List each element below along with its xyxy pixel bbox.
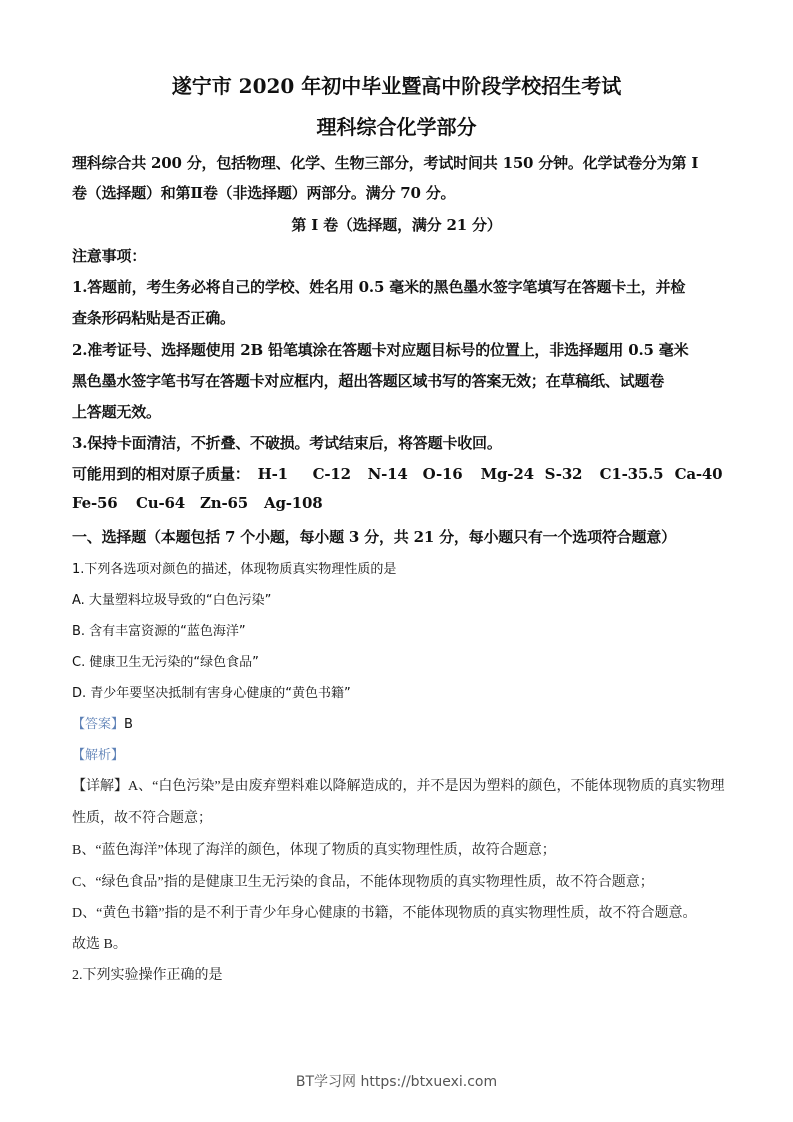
note-2-line-1: 2.准考证号、选择题使用 2B 铅笔填涂在答题卡对应题目标号的位置上，非选择题用… [72, 339, 688, 360]
detail-conclusion: 故选 B。 [72, 933, 127, 953]
atomic-mass: Mg-24 [481, 465, 545, 483]
atomic-mass: Fe-56 [72, 494, 136, 512]
notes-heading: 注意事项： [72, 245, 146, 266]
atomic-masses-row-1: 可能用到的相对原子质量：H-1C-12N-14O-16Mg-24S-32C1-3… [72, 463, 722, 484]
question-1-option-b: B. 含有丰富资源的“蓝色海洋” [72, 620, 246, 639]
question-2-stem: 2.下列实验操作正确的是 [72, 964, 223, 984]
intro-line-1: 理科综合共 200 分，包括物理、化学、生物三部分，考试时间共 150 分钟。化… [72, 152, 698, 173]
atomic-mass: Ag-108 [264, 494, 322, 512]
detail-label: 【详解】 [72, 779, 128, 794]
note-2-line-2: 黑色墨水签字笔书写在答题卡对应框内，超出答题区域书写的答案无效；在草稿纸、试题卷 [72, 370, 664, 391]
detail-line-1: 【详解】A、“白色污染”是由废弃塑料难以降解造成的，并不是因为塑料的颜色，不能体… [72, 775, 725, 795]
atomic-mass: N-14 [368, 465, 423, 483]
answer-value: B [124, 717, 133, 732]
answer-label: 【答案】 [72, 717, 124, 732]
question-1-stem: 1.下列各选项对颜色的描述，体现物质真实物理性质的是 [72, 558, 396, 577]
atomic-masses-label: 可能用到的相对原子质量： [72, 463, 250, 484]
atomic-mass: Cu-64 [136, 494, 200, 512]
atomic-mass: Zn-65 [200, 494, 264, 512]
exam-page: 遂宁市 2020 年初中毕业暨高中阶段学校招生考试 理科综合化学部分 理科综合共… [0, 0, 793, 1122]
atomic-mass: C-12 [313, 465, 368, 483]
atomic-mass: O-16 [423, 465, 481, 483]
section-1-heading: 一、选择题（本题包括 7 个小题，每小题 3 分，共 21 分，每小题只有一个选… [72, 526, 676, 547]
atomic-mass: C1-35.5 [600, 465, 675, 483]
question-1-option-c: C. 健康卫生无污染的“绿色食品” [72, 651, 259, 670]
atomic-mass: Ca-40 [675, 465, 723, 483]
question-1-answer: 【答案】B [72, 713, 133, 732]
detail-text: A、“白色污染”是由废弃塑料难以降解造成的，并不是因为塑料的颜色，不能体现物质的… [128, 779, 725, 794]
note-2-line-3: 上答题无效。 [72, 401, 161, 422]
part1-heading: 第 I 卷（选择题，满分 21 分） [0, 214, 793, 235]
question-1-option-d: D. 青少年要坚决抵制有害身心健康的“黄色书籍” [72, 682, 351, 701]
atomic-mass: S-32 [545, 465, 600, 483]
note-1-line-2: 查条形码粘贴是否正确。 [72, 307, 235, 328]
detail-line-2: 性质，故不符合题意； [72, 807, 212, 827]
detail-option-b: B、“蓝色海洋”体现了海洋的颜色，体现了物质的真实物理性质，故符合题意； [72, 839, 556, 859]
question-1-option-a: A. 大量塑料垃圾导致的“白色污染” [72, 589, 271, 608]
note-1-line-1: 1.答题前，考生务必将自己的学校、姓名用 0.5 毫米的黑色墨水签字笔填写在答题… [72, 276, 685, 297]
footer-watermark: BT学习网 https://btxuexi.com [0, 1071, 793, 1091]
detail-option-d: D、“黄色书籍”指的是不利于青少年身心健康的书籍，不能体现物质的真实物理性质，故… [72, 902, 697, 922]
note-3: 3.保持卡面清洁，不折叠、不破损。考试结束后，将答题卡收回。 [72, 432, 502, 453]
intro-line-2: 卷（选择题）和第Ⅱ卷（非选择题）两部分。满分 70 分。 [72, 182, 455, 203]
atomic-masses-row-2: Fe-56Cu-64Zn-65Ag-108 [72, 494, 322, 512]
document-subtitle: 理科综合化学部分 [0, 111, 793, 140]
atomic-mass: H-1 [258, 465, 313, 483]
document-title: 遂宁市 2020 年初中毕业暨高中阶段学校招生考试 [0, 70, 793, 99]
analysis-label: 【解析】 [72, 744, 124, 763]
detail-option-c: C、“绿色食品”指的是健康卫生无污染的食品，不能体现物质的真实物理性质，故不符合… [72, 871, 654, 891]
